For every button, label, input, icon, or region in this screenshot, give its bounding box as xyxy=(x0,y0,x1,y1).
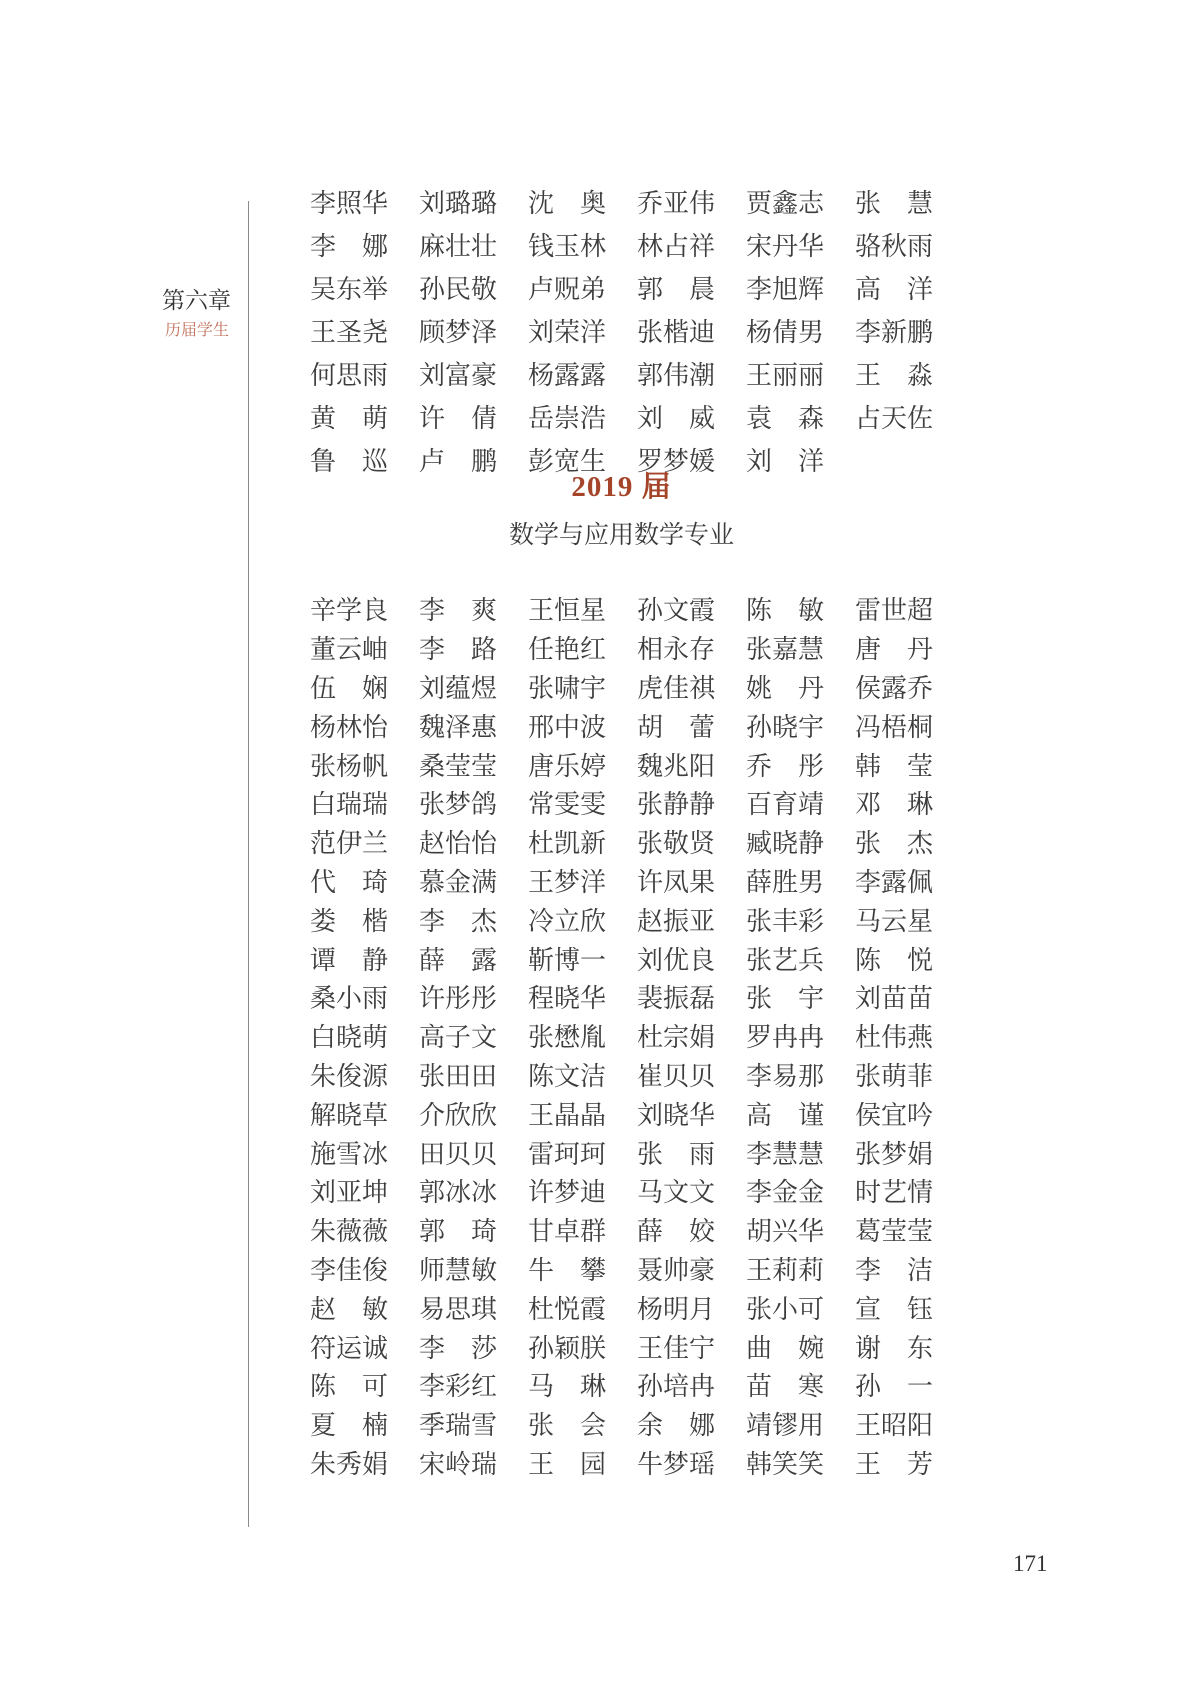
student-name: 刘晓华 xyxy=(637,1103,715,1129)
student-name: 沈 奥 xyxy=(528,191,606,217)
book-page: { "page": { "number": "171" }, "sidebar"… xyxy=(0,0,1190,1684)
student-name: 李 杰 xyxy=(419,909,497,935)
student-name: 冯梧桐 xyxy=(855,715,933,741)
major-subheading: 数学与应用数学专业 xyxy=(310,515,933,551)
student-name: 张懋胤 xyxy=(528,1025,606,1051)
student-name: 马云星 xyxy=(855,909,933,935)
student-name: 相永存 xyxy=(637,637,715,663)
student-name: 郭 琦 xyxy=(419,1219,497,1245)
student-name: 赵 敏 xyxy=(310,1297,388,1323)
student-name: 胡兴华 xyxy=(746,1219,824,1245)
student-name: 孙民敬 xyxy=(419,277,497,303)
student-name: 张丰彩 xyxy=(746,909,824,935)
student-name: 靖镠用 xyxy=(746,1413,824,1439)
student-name: 张 会 xyxy=(528,1413,606,1439)
student-name: 马 琳 xyxy=(528,1374,606,1400)
student-name: 杜悦霞 xyxy=(528,1297,606,1323)
student-name: 王 芳 xyxy=(855,1452,933,1478)
student-name: 李金金 xyxy=(746,1180,824,1206)
student-name: 刘亚坤 xyxy=(310,1180,388,1206)
student-name: 赵怡怡 xyxy=(419,831,497,857)
page-number: 171 xyxy=(1013,1551,1048,1577)
student-name: 赵振亚 xyxy=(637,909,715,935)
student-name: 田贝贝 xyxy=(419,1142,497,1168)
student-name: 张梦鸽 xyxy=(419,792,497,818)
chapter-divider-line xyxy=(248,201,249,1527)
student-name: 冷立欣 xyxy=(528,909,606,935)
student-name: 白瑞瑞 xyxy=(310,792,388,818)
student-name: 张 慧 xyxy=(855,191,933,217)
student-name: 任艳红 xyxy=(528,637,606,663)
student-name: 李旭辉 xyxy=(746,277,824,303)
student-name: 孙文霞 xyxy=(637,598,715,624)
student-name: 吴东举 xyxy=(310,277,388,303)
student-name: 朱薇薇 xyxy=(310,1219,388,1245)
student-name: 虎佳祺 xyxy=(637,676,715,702)
student-name: 张艺兵 xyxy=(746,948,824,974)
student-name: 郭冰冰 xyxy=(419,1180,497,1206)
student-name: 王昭阳 xyxy=(855,1413,933,1439)
student-name: 李照华 xyxy=(310,191,388,217)
student-name: 许梦迪 xyxy=(528,1180,606,1206)
student-name: 李佳俊 xyxy=(310,1258,388,1284)
student-name: 曲 婉 xyxy=(746,1336,824,1362)
student-name: 胡 蕾 xyxy=(637,715,715,741)
student-name: 张梦娟 xyxy=(855,1142,933,1168)
student-name: 施雪冰 xyxy=(310,1142,388,1168)
student-name: 孙培冉 xyxy=(637,1374,715,1400)
student-name: 郭伟潮 xyxy=(637,363,715,389)
student-name: 许彤彤 xyxy=(419,986,497,1012)
student-name: 介欣欣 xyxy=(419,1103,497,1129)
student-name: 李易那 xyxy=(746,1064,824,1090)
student-name: 刘优良 xyxy=(637,948,715,974)
student-name: 许凤果 xyxy=(637,870,715,896)
student-name: 王佳宁 xyxy=(637,1336,715,1362)
student-name: 甘卓群 xyxy=(528,1219,606,1245)
student-name: 聂帅豪 xyxy=(637,1258,715,1284)
student-name: 王 淼 xyxy=(855,363,933,389)
student-name: 张萌菲 xyxy=(855,1064,933,1090)
student-name: 刘蕴煜 xyxy=(419,676,497,702)
student-name: 牛梦瑶 xyxy=(637,1452,715,1478)
student-name: 郭 晨 xyxy=(637,277,715,303)
student-name: 薛胜男 xyxy=(746,870,824,896)
student-name: 张静静 xyxy=(637,792,715,818)
student-name: 孙颖朕 xyxy=(528,1336,606,1362)
student-name: 慕金满 xyxy=(419,870,497,896)
students-grid-previous-class: 李照华刘璐璐沈 奥乔亚伟贾鑫志张 慧李 娜麻壮壮钱玉林林占祥宋丹华骆秋雨吴东举孙… xyxy=(310,182,933,483)
student-name: 辛学良 xyxy=(310,598,388,624)
student-name: 何思雨 xyxy=(310,363,388,389)
student-name: 高 洋 xyxy=(855,277,933,303)
student-name: 靳博一 xyxy=(528,948,606,974)
student-name: 崔贝贝 xyxy=(637,1064,715,1090)
student-name: 夏 楠 xyxy=(310,1413,388,1439)
student-name: 薛 露 xyxy=(419,948,497,974)
student-name: 白晓萌 xyxy=(310,1025,388,1051)
class-year-heading: 2019 届 xyxy=(310,464,933,505)
student-name: 张 雨 xyxy=(637,1142,715,1168)
student-name: 张 宇 xyxy=(746,986,824,1012)
student-name: 朱秀娟 xyxy=(310,1452,388,1478)
student-name: 薛 姣 xyxy=(637,1219,715,1245)
student-name: 娄 楷 xyxy=(310,909,388,935)
student-name: 钱玉林 xyxy=(528,234,606,260)
student-name: 宣 钰 xyxy=(855,1297,933,1323)
student-name: 牛 攀 xyxy=(528,1258,606,1284)
student-name: 姚 丹 xyxy=(746,676,824,702)
student-name: 唐 丹 xyxy=(855,637,933,663)
student-name: 张啸宇 xyxy=(528,676,606,702)
student-name: 谭 静 xyxy=(310,948,388,974)
student-name: 孙 一 xyxy=(855,1374,933,1400)
student-name: 卢贶弟 xyxy=(528,277,606,303)
student-name: 张楷迪 xyxy=(637,320,715,346)
student-name: 时艺情 xyxy=(855,1180,933,1206)
student-name: 李 爽 xyxy=(419,598,497,624)
student-name: 袁 森 xyxy=(746,406,824,432)
student-name: 季瑞雪 xyxy=(419,1413,497,1439)
student-name: 张杨帆 xyxy=(310,754,388,780)
student-name: 侯露乔 xyxy=(855,676,933,702)
student-name: 唐乐婷 xyxy=(528,754,606,780)
student-name: 占天佐 xyxy=(855,406,933,432)
student-name: 张小可 xyxy=(746,1297,824,1323)
student-name: 罗冉冉 xyxy=(746,1025,824,1051)
student-name: 魏泽惠 xyxy=(419,715,497,741)
student-name: 杨露露 xyxy=(528,363,606,389)
student-name: 许 倩 xyxy=(419,406,497,432)
student-name: 解晓草 xyxy=(310,1103,388,1129)
student-name: 朱俊源 xyxy=(310,1064,388,1090)
student-name: 乔 彤 xyxy=(746,754,824,780)
student-name: 顾梦泽 xyxy=(419,320,497,346)
student-name: 葛莹莹 xyxy=(855,1219,933,1245)
student-name: 张田田 xyxy=(419,1064,497,1090)
student-name: 贾鑫志 xyxy=(746,191,824,217)
chapter-section-label: 历届学生 xyxy=(165,317,229,340)
student-name: 刘苗苗 xyxy=(855,986,933,1012)
student-name: 张敬贤 xyxy=(637,831,715,857)
student-name: 裴振磊 xyxy=(637,986,715,1012)
student-name: 李彩红 xyxy=(419,1374,497,1400)
student-name: 余 娜 xyxy=(637,1413,715,1439)
student-name: 百育靖 xyxy=(746,792,824,818)
student-name: 王恒星 xyxy=(528,598,606,624)
student-name: 雷世超 xyxy=(855,598,933,624)
student-name: 常雯雯 xyxy=(528,792,606,818)
student-name: 李露佩 xyxy=(855,870,933,896)
student-name: 王晶晶 xyxy=(528,1103,606,1129)
student-name: 杜宗娟 xyxy=(637,1025,715,1051)
student-name: 苗 寒 xyxy=(746,1374,824,1400)
student-name: 韩笑笑 xyxy=(746,1452,824,1478)
student-name: 符运诚 xyxy=(310,1336,388,1362)
student-name: 杜伟燕 xyxy=(855,1025,933,1051)
student-name: 代 琦 xyxy=(310,870,388,896)
student-name: 麻壮壮 xyxy=(419,234,497,260)
students-grid-2019: 辛学良李 爽王恒星孙文霞陈 敏雷世超董云岫李 路任艳红相永存张嘉慧唐 丹伍 娴刘… xyxy=(310,592,933,1484)
student-name: 马文文 xyxy=(637,1180,715,1206)
student-name: 魏兆阳 xyxy=(637,754,715,780)
student-name: 杨倩男 xyxy=(746,320,824,346)
student-name: 谢 东 xyxy=(855,1336,933,1362)
student-name: 岳崇浩 xyxy=(528,406,606,432)
student-name: 邢中波 xyxy=(528,715,606,741)
student-name: 王圣尧 xyxy=(310,320,388,346)
student-name: 王梦洋 xyxy=(528,870,606,896)
student-name: 孙晓宇 xyxy=(746,715,824,741)
student-name: 韩 莹 xyxy=(855,754,933,780)
student-name: 宋岭瑞 xyxy=(419,1452,497,1478)
student-name: 王莉莉 xyxy=(746,1258,824,1284)
chapter-label: 第六章 xyxy=(162,282,231,315)
student-name: 乔亚伟 xyxy=(637,191,715,217)
student-name: 林占祥 xyxy=(637,234,715,260)
student-name: 桑莹莹 xyxy=(419,754,497,780)
student-name: 王 园 xyxy=(528,1452,606,1478)
student-name: 杜凯新 xyxy=(528,831,606,857)
student-name: 刘富豪 xyxy=(419,363,497,389)
student-name: 桑小雨 xyxy=(310,986,388,1012)
student-name: 刘荣洋 xyxy=(528,320,606,346)
student-name: 董云岫 xyxy=(310,637,388,663)
student-name: 陈 可 xyxy=(310,1374,388,1400)
student-name: 杨林怡 xyxy=(310,715,388,741)
student-name: 伍 娴 xyxy=(310,676,388,702)
student-name: 李 莎 xyxy=(419,1336,497,1362)
student-name: 宋丹华 xyxy=(746,234,824,260)
student-name: 张嘉慧 xyxy=(746,637,824,663)
student-name: 程晓华 xyxy=(528,986,606,1012)
student-name: 张 杰 xyxy=(855,831,933,857)
student-name: 骆秋雨 xyxy=(855,234,933,260)
student-name: 王丽丽 xyxy=(746,363,824,389)
student-name: 师慧敏 xyxy=(419,1258,497,1284)
student-name: 李 洁 xyxy=(855,1258,933,1284)
student-name: 李慧慧 xyxy=(746,1142,824,1168)
student-name: 陈文洁 xyxy=(528,1064,606,1090)
student-name: 易思琪 xyxy=(419,1297,497,1323)
student-name: 高 谨 xyxy=(746,1103,824,1129)
student-name: 邓 琳 xyxy=(855,792,933,818)
student-name: 李新鹏 xyxy=(855,320,933,346)
student-name: 陈 悦 xyxy=(855,948,933,974)
student-name: 黄 萌 xyxy=(310,406,388,432)
student-name: 李 路 xyxy=(419,637,497,663)
student-name: 刘 威 xyxy=(637,406,715,432)
student-name: 陈 敏 xyxy=(746,598,824,624)
student-name: 杨明月 xyxy=(637,1297,715,1323)
student-name: 刘璐璐 xyxy=(419,191,497,217)
student-name: 范伊兰 xyxy=(310,831,388,857)
student-name: 李 娜 xyxy=(310,234,388,260)
student-name: 臧晓静 xyxy=(746,831,824,857)
student-name: 侯宜吟 xyxy=(855,1103,933,1129)
student-name: 雷珂珂 xyxy=(528,1142,606,1168)
student-name: 高子文 xyxy=(419,1025,497,1051)
